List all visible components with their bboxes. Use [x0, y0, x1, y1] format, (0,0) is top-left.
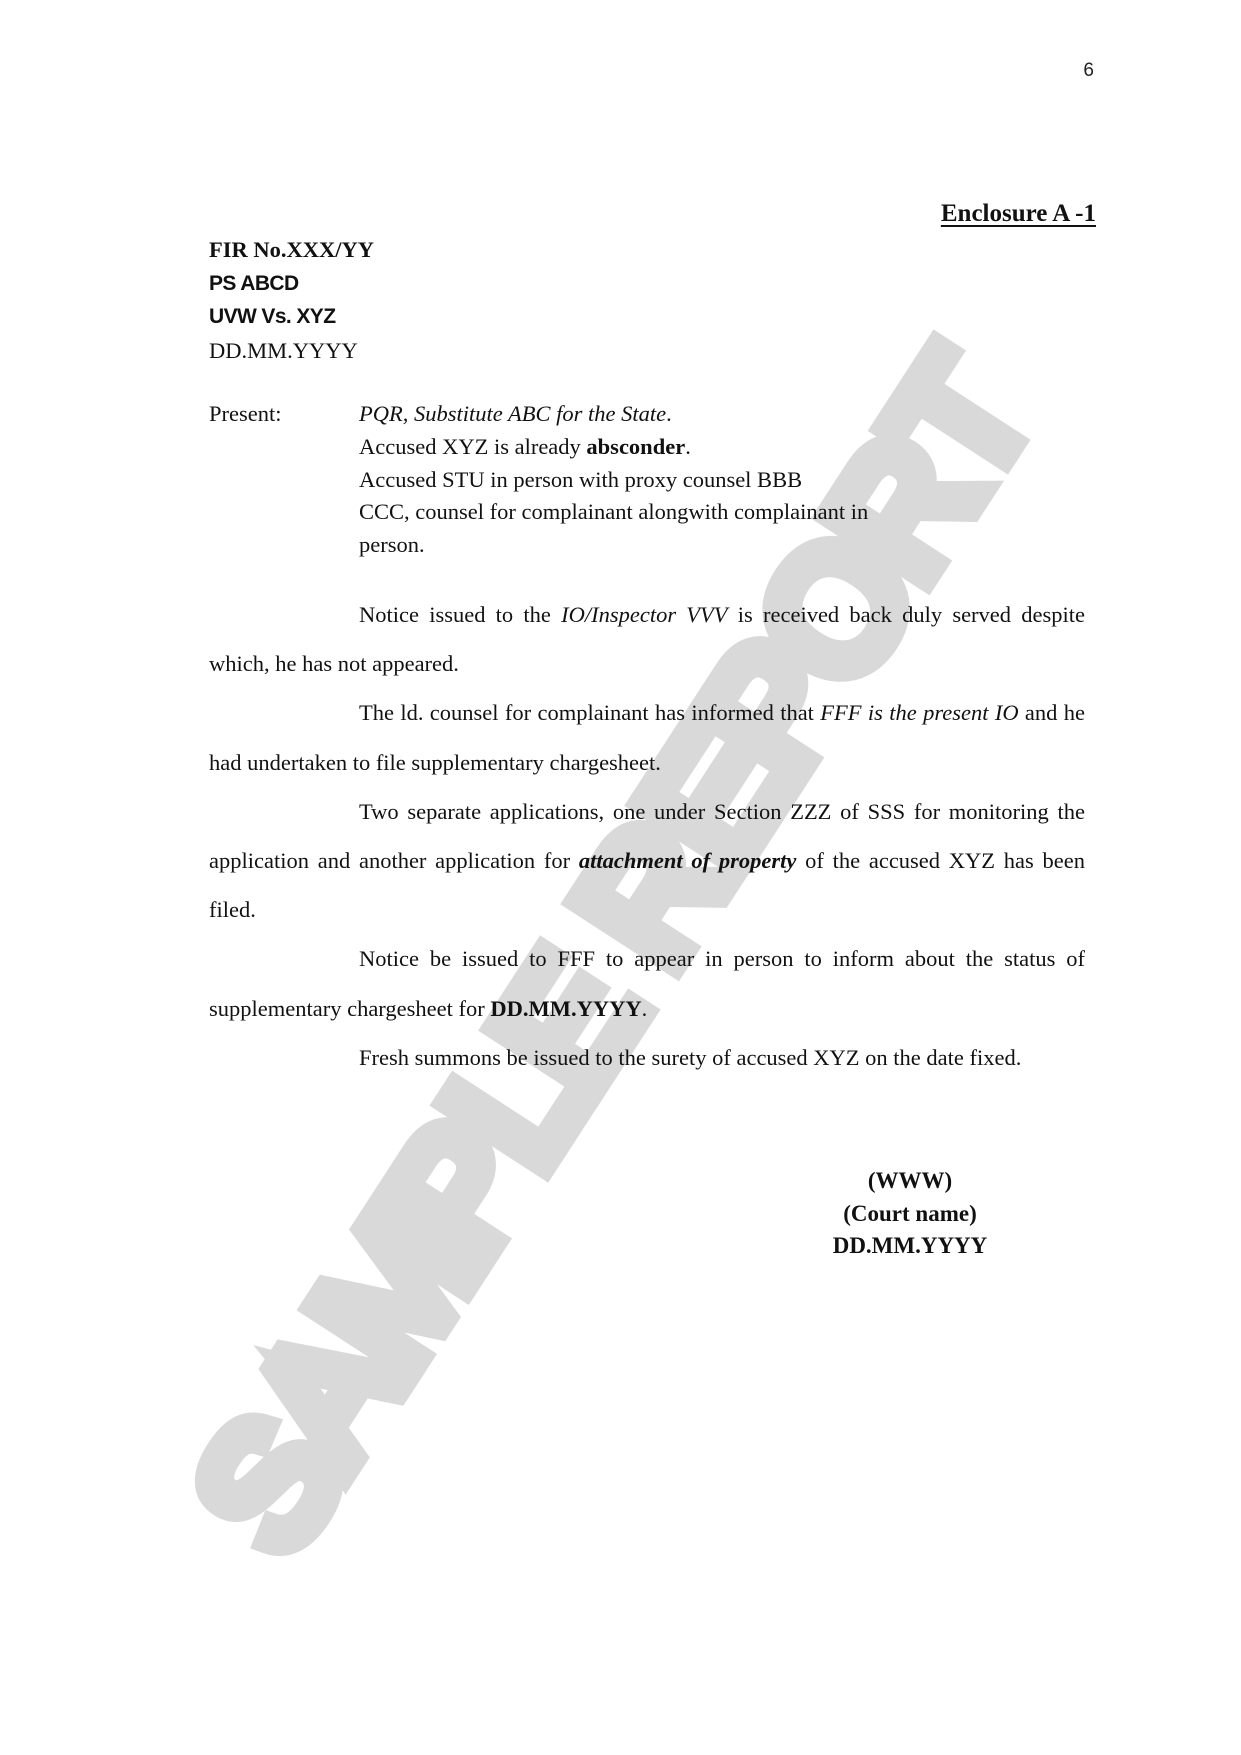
text-segment: IO/Inspector VVV	[561, 602, 727, 627]
signatory-name: (WWW)	[810, 1165, 1010, 1198]
signature-block: (WWW) (Court name) DD.MM.YYYY	[810, 1165, 1010, 1263]
enclosure-title: Enclosure A -1	[941, 200, 1096, 228]
present-label: Present:	[209, 398, 282, 431]
present-lines: PQR, Substitute ABC for the State.Accuse…	[359, 398, 1059, 562]
present-line: CCC, counsel for complainant alongwith c…	[359, 496, 1059, 529]
text-segment: CCC, counsel for complainant alongwith c…	[359, 499, 868, 524]
case-title: UVW Vs. XYZ	[209, 300, 374, 334]
fir-number: FIR No.XXX/YY	[209, 233, 374, 267]
text-segment: PQR, Substitute ABC for the State	[359, 401, 666, 426]
present-line: person.	[359, 529, 1059, 562]
order-paragraph: Notice issued to the IO/Inspector VVV is…	[209, 590, 1085, 688]
case-date: DD.MM.YYYY	[209, 334, 374, 368]
text-segment: .	[666, 401, 672, 426]
text-segment: Notice issued to the	[359, 602, 561, 627]
text-segment: person.	[359, 532, 425, 557]
order-paragraph: The ld. counsel for complainant has info…	[209, 688, 1085, 786]
text-segment: absconder	[586, 434, 685, 459]
present-line: PQR, Substitute ABC for the State.	[359, 398, 1059, 431]
page-content: 6 Enclosure A -1 FIR No.XXX/YY PS ABCD U…	[0, 0, 1241, 1755]
case-header: FIR No.XXX/YY PS ABCD UVW Vs. XYZ DD.MM.…	[209, 233, 374, 367]
present-line: Accused STU in person with proxy counsel…	[359, 464, 1059, 497]
order-body: Notice issued to the IO/Inspector VVV is…	[209, 590, 1085, 1082]
text-segment: Fresh summons be issued to the surety of…	[359, 1045, 1021, 1070]
order-paragraph: Two separate applications, one under Sec…	[209, 787, 1085, 935]
text-segment: .	[642, 996, 648, 1021]
text-segment: Accused STU in person with proxy counsel…	[359, 467, 802, 492]
text-segment: The ld. counsel for complainant has info…	[359, 700, 820, 725]
page-number: 6	[1083, 60, 1094, 82]
order-paragraph: Fresh summons be issued to the surety of…	[209, 1033, 1085, 1082]
text-segment: FFF is the present IO	[820, 700, 1018, 725]
order-paragraph: Notice be issued to FFF to appear in per…	[209, 934, 1085, 1032]
document-page: SAMPLE REPORT 6 Enclosure A -1 FIR No.XX…	[0, 0, 1241, 1755]
present-line: Accused XYZ is already absconder.	[359, 431, 1059, 464]
signature-date: DD.MM.YYYY	[810, 1230, 1010, 1263]
text-segment: DD.MM.YYYY	[490, 996, 641, 1021]
text-segment: attachment of property	[579, 848, 796, 873]
police-station: PS ABCD	[209, 267, 374, 301]
court-name: (Court name)	[810, 1198, 1010, 1231]
text-segment: .	[685, 434, 691, 459]
text-segment: Accused XYZ is already	[359, 434, 586, 459]
